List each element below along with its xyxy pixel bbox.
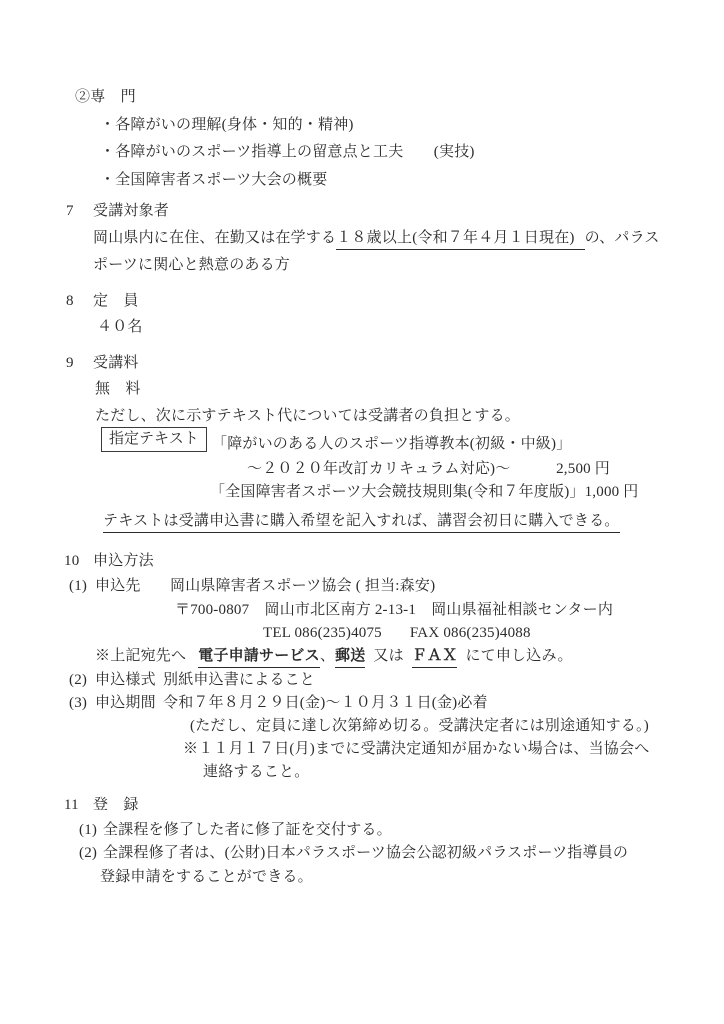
apply-method-note: ※上記宛先へ電子申請サービス、郵送又はＦＡＸにて申し込み。 (95, 646, 573, 668)
apply-note-separator: 、 (320, 648, 335, 664)
curriculum-bullet: ・各障がいのスポーツ指導上の留意点と工夫 (実技) (100, 142, 475, 162)
registration-item1: (1)全課程を修了した者に修了証を交付する。 (79, 820, 392, 840)
apply-period-note3: 連絡すること。 (203, 762, 309, 782)
section8-title: 定 員 (93, 293, 139, 309)
capacity-value: ４０名 (97, 317, 143, 337)
textbook1-subtitle-row: 〜２０２０年改訂カリキュラム対応)〜 2,500 円 (247, 459, 610, 479)
section7-heading: 7受講対象者 (66, 201, 169, 221)
apply-method-fax: ＦＡＸ (412, 646, 458, 668)
tel-fax-row: TEL 086(235)4075FAX 086(235)4088 (263, 623, 531, 643)
section9-heading: 9受講料 (66, 353, 139, 373)
reg-item2-text: 全課程修了者は、(公財)日本パラスポーツ協会公認初級パラスポーツ指導員の (103, 845, 628, 861)
item3-label: 申込期間 (95, 693, 163, 713)
section11-heading: 11登 録 (64, 795, 139, 815)
item2-number: (2) (69, 670, 95, 690)
fax-number: FAX 086(235)4088 (410, 625, 531, 641)
reg-item2-number: (2) (79, 843, 103, 863)
textbook1-title: 「障がいのある人のスポーツ指導教本(初級・中級)」 (212, 434, 571, 454)
document-page: ②専 門 ・各障がいの理解(身体・知的・精神) ・各障がいのスポーツ指導上の留意… (0, 0, 724, 1024)
textbook1-subtitle: 〜２０２０年改訂カリキュラム対応)〜 (247, 459, 510, 479)
section7-title: 受講対象者 (93, 203, 169, 219)
reg-item1-text: 全課程を修了した者に修了証を交付する。 (103, 822, 392, 838)
section10-title: 申込方法 (93, 553, 154, 569)
eligibility-text: 岡山県内に在住、在勤又は在学する (93, 230, 336, 246)
section9-number: 9 (66, 353, 93, 373)
section9-title: 受講料 (93, 355, 139, 371)
item1-value: 岡山県障害者スポーツ協会 ( 担当:森安) (170, 578, 435, 594)
item3-number: (3) (69, 693, 95, 713)
section7-body-line1: 岡山県内に在住、在勤又は在学する１８歳以上(令和７年４月１日現在)の、パラス (93, 228, 660, 250)
apply-period-row: (3)申込期間令和７年８月２９日(金)〜１０月３１日(金)必着 (69, 693, 488, 713)
registration-item2: (2)全課程修了者は、(公財)日本パラスポーツ協会公認初級パラスポーツ指導員の (79, 843, 628, 863)
section11-number: 11 (64, 795, 93, 815)
section11-title: 登 録 (93, 797, 139, 813)
section7-number: 7 (66, 201, 93, 221)
tel-number: TEL 086(235)4075 (263, 625, 382, 641)
apply-period-note1: (ただし、定員に達し次第締め切る。受講決定者には別途通知する。) (190, 716, 649, 736)
eligibility-text-post: の、パラス (585, 230, 660, 246)
section8-heading: 8定 員 (66, 291, 139, 311)
apply-note-pre: ※上記宛先へ (95, 648, 186, 664)
apply-format-row: (2)申込様式別紙申込書によること (69, 670, 315, 690)
apply-destination-row: (1)申込先岡山県障害者スポーツ協会 ( 担当:森安) (69, 576, 435, 596)
textbook-purchase-note-underlined: テキストは受講申込書に購入希望を記入すれば、講習会初日に購入できる。 (103, 511, 620, 533)
curriculum-bullet: ・全国障害者スポーツ大会の概要 (100, 170, 327, 190)
apply-address: 〒700-0807 岡山市北区南方 2-13-1 岡山県福祉相談センター内 (175, 600, 613, 620)
eligibility-age-underlined: １８歳以上(令和７年４月１日現在) (336, 228, 584, 250)
item1-label: 申込先 (95, 576, 170, 596)
fee-note: ただし、次に示すテキスト代については受講者の負担とする。 (95, 406, 520, 426)
textbook2-row: 「全国障害者スポーツ大会競技規則集(令和７年度版)」 1,000 円 (210, 482, 610, 502)
apply-note-post: にて申し込み。 (465, 648, 572, 664)
registration-item2-continuation: 登録申請をすることができる。 (100, 867, 313, 887)
textbook-purchase-note: テキストは受講申込書に購入希望を記入すれば、講習会初日に購入できる。 (103, 511, 620, 533)
curriculum-heading: ②専 門 (75, 87, 136, 107)
textbook1-price: 2,500 円 (556, 459, 610, 479)
item3-value: 令和７年８月２９日(金)〜１０月３１日(金)必着 (163, 695, 488, 711)
section8-number: 8 (66, 291, 93, 311)
item2-label: 申込様式 (95, 670, 163, 690)
apply-note-mid: 又は (373, 648, 403, 664)
curriculum-bullet: ・各障がいの理解(身体・知的・精神) (100, 115, 354, 135)
apply-method-eservice: 電子申請サービス (198, 646, 320, 668)
item1-number: (1) (69, 576, 95, 596)
textbook-box-label: 指定テキスト (101, 427, 207, 452)
item2-value: 別紙申込書によること (163, 672, 315, 688)
fee-value: 無 料 (95, 379, 141, 399)
section10-heading: 10申込方法 (64, 551, 154, 571)
section10-number: 10 (64, 551, 93, 571)
textbook2-price: 1,000 円 (585, 482, 639, 502)
section7-body-line2: ポーツに関心と熱意のある方 (93, 255, 290, 275)
reg-item1-number: (1) (79, 820, 103, 840)
textbook2-title: 「全国障害者スポーツ大会競技規則集(令和７年度版)」 (210, 482, 585, 502)
apply-method-mail: 郵送 (335, 646, 365, 668)
apply-period-note2: ※１１月１７日(月)までに受講決定通知が届かない場合は、当協会へ (183, 739, 649, 759)
